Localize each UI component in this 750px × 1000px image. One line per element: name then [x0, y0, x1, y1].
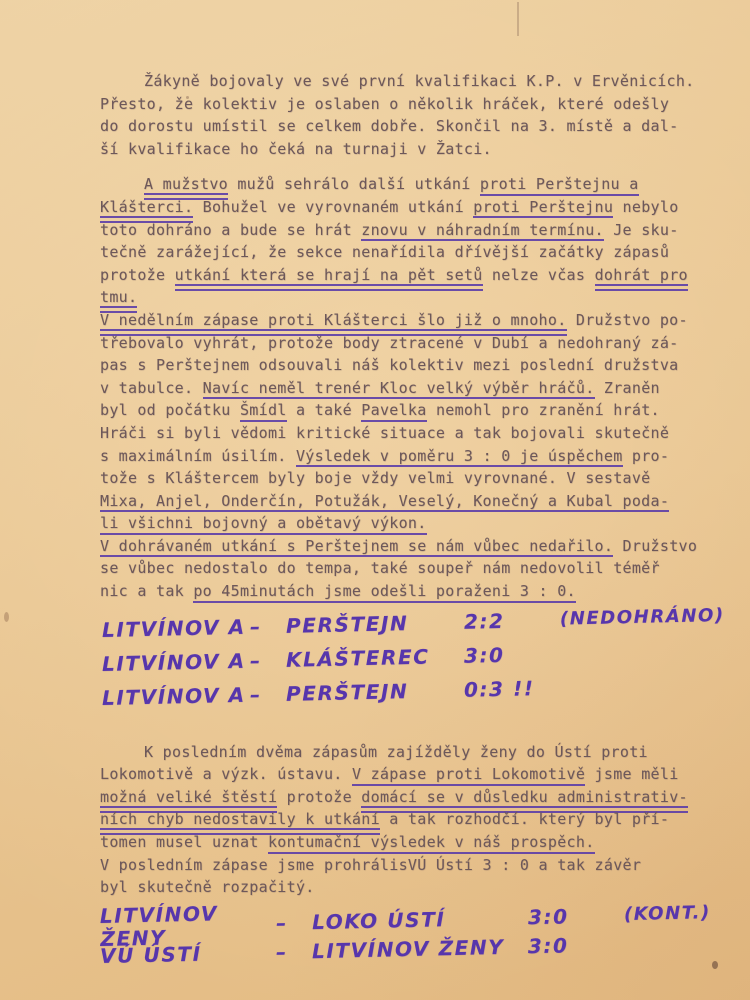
underlined-text: dohrát pro [595, 266, 688, 291]
typed-text: se vůbec nedostalo do tempa, také soupeř… [100, 559, 660, 577]
typed-line: protože utkání která se hrají na pět set… [100, 264, 700, 287]
typed-text: Družstvo [613, 537, 697, 555]
typed-text: třebovalo vyhrát, protože body ztracené … [100, 334, 679, 352]
score-note [624, 942, 700, 944]
underlined-text: Pavelka [361, 401, 426, 422]
dash-separator: – [250, 614, 287, 637]
underlined-text: utkání která se hrají na pět setů [175, 266, 483, 291]
underlined-text: V dohrávaném utkání s Perštejnem se nám … [100, 537, 613, 558]
typed-line: do dorostu umístil se celkem dobře. Skon… [100, 115, 700, 138]
typed-paragraph-sunday-match: V nedělním zápase proti Klášterci šlo ji… [100, 309, 700, 603]
away-team-name: PERŠTEJN [286, 678, 464, 705]
typed-text: protože [277, 788, 361, 806]
typed-text: K posledním dvěma zápasům zajížděly ženy… [144, 743, 648, 761]
paper-crease [517, 2, 519, 36]
typed-paragraph-women-matches: K posledním dvěma zápasům zajížděly ženy… [100, 741, 700, 899]
dash-separator: – [276, 940, 313, 963]
typed-text: byl skutečně rozpačitý. [100, 878, 315, 896]
typed-text: Zraněn [595, 379, 660, 397]
document-content: Žákyně bojovaly ve své první kvalifikaci… [100, 70, 700, 973]
scanned-document-page: Žákyně bojovaly ve své první kvalifikaci… [0, 0, 750, 1000]
typed-text: do dorostu umístil se celkem dobře. Skon… [100, 117, 679, 135]
away-team-name: PERŠTEJN [286, 610, 464, 637]
underlined-text: proti Perštejnu [473, 198, 613, 219]
handwritten-results-women: LITVÍNOV ŽENY–LOKO ÚSTÍ3:0(KONT.)VÚ ÚSTÍ… [100, 905, 700, 973]
home-team-name: LITVÍNOV A [102, 615, 250, 641]
typed-line: tomen musel uznat kontumační výsledek v … [100, 831, 700, 854]
handwritten-results-men: LITVÍNOV A–PERŠTEJN2:2(NEDOHRÁNO)LITVÍNO… [102, 613, 700, 715]
underlined-text: kontumační výsledek v náš prospěch. [268, 833, 595, 854]
typed-line: Mixa, Anjel, Onderčín, Potužák, Veselý, … [100, 490, 700, 513]
typed-text: nelze včas [483, 266, 595, 284]
typed-line: v tabulce. Navíc neměl trenér Kloc velký… [100, 377, 700, 400]
away-team-name: LITVÍNOV ŽENY [312, 935, 528, 962]
typed-text: nemohl pro zranění hrát. [427, 401, 660, 419]
typed-line: Přesto, že kolektiv je oslaben o několik… [100, 93, 700, 116]
paper-stain [186, 96, 189, 99]
paper-stain [712, 961, 718, 969]
score-note: (NEDOHRÁNO) [560, 604, 725, 630]
home-team-name: LITVÍNOV A [102, 649, 250, 675]
underlined-text: Výsledek v poměru 3 : 0 je úspěchem [296, 447, 623, 468]
typed-text: v tabulce. [100, 379, 203, 397]
typed-line: Klášterci. Bohužel ve vyrovnaném utkání … [100, 196, 700, 219]
typed-text: Družstvo po- [567, 311, 688, 329]
typed-text: nebylo [613, 198, 678, 216]
typed-text: ší kvalifikace ho čeká na turnaji v Žatc… [100, 140, 492, 158]
typed-text: nic a tak [100, 582, 193, 600]
typed-line: V posledním zápase jsme prohrálisVÚ Ústí… [100, 854, 700, 877]
underlined-text: li všichni bojovný a obětavý výkon. [100, 514, 427, 535]
typed-text: Je sku- [604, 221, 679, 239]
typed-paragraph-men-matches: A mužstvo mužů sehrálo další utkání prot… [100, 173, 700, 309]
typed-line: li všichni bojovný a obětavý výkon. [100, 512, 700, 535]
score-note: (KONT.) [624, 902, 711, 927]
score-note [560, 684, 700, 687]
score-note [560, 650, 700, 653]
typed-text: jsme měli [585, 765, 678, 783]
underlined-text: Šmídl [240, 401, 287, 422]
typed-text: tečně zarážející, že sekce nenařídila dř… [100, 243, 669, 261]
typed-text: tomen musel uznat [100, 833, 268, 851]
typed-line: V dohrávaném utkání s Perštejnem se nám … [100, 535, 700, 558]
typed-line: K posledním dvěma zápasům zajížděly ženy… [100, 741, 700, 764]
away-team-name: KLÁŠTEREC [286, 644, 464, 671]
underlined-text: proti Perštejnu a [480, 175, 639, 196]
underlined-text: po 45minutách jsme odešli poraženi 3 : 0… [193, 582, 576, 603]
typed-text: toto dohráno a bude se hrát [100, 221, 361, 239]
typed-paragraph-youth-qualification: Žákyně bojovaly ve své první kvalifikaci… [100, 70, 700, 160]
typed-text: byl od počátku [100, 401, 240, 419]
dash-separator: – [250, 682, 287, 705]
match-score: 3:0 [528, 904, 624, 929]
match-score: 3:0 [464, 642, 560, 667]
typed-text: s maximálním úsilím. [100, 447, 296, 465]
typed-line: byl od počátku Šmídl a také Pavelka nemo… [100, 399, 700, 422]
home-team-name: LITVÍNOV A [102, 683, 250, 709]
match-score: 2:2 [464, 608, 560, 633]
typed-text: Lokomotivě a výzk. ústavu. [100, 765, 352, 783]
typed-line: se vůbec nedostalo do tempa, také soupeř… [100, 557, 700, 580]
underlined-text: Mixa, Anjel, Onderčín, Potužák, Veselý, … [100, 492, 669, 513]
typed-text: tože s Kláštercem byly boje vždy velmi v… [100, 469, 651, 487]
typed-line: V nedělním zápase proti Klášterci šlo ji… [100, 309, 700, 332]
typed-line: toto dohráno a bude se hrát znovu v náhr… [100, 219, 700, 242]
typed-line: Hráči si byli vědomi kritické situace a … [100, 422, 700, 445]
typed-line: Lokomotivě a výzk. ústavu. V zápase prot… [100, 763, 700, 786]
typed-text: Žákyně bojovaly ve své první kvalifikaci… [144, 72, 695, 90]
typed-line: možná veliké štěstí protože domácí se v … [100, 786, 700, 809]
typed-text: protože [100, 266, 175, 284]
dash-separator: – [276, 911, 313, 934]
match-score: 3:0 [528, 933, 624, 958]
typed-line: Žákyně bojovaly ve své první kvalifikaci… [100, 70, 700, 93]
typed-text: pas s Perštejnem odsouvali náš kolektiv … [100, 356, 679, 374]
underlined-text: znovu v náhradním termínu. [361, 221, 604, 242]
typed-text: Hráči si byli vědomi kritické situace a … [100, 424, 669, 442]
home-team-name: VÚ ÚSTÍ [100, 941, 276, 968]
typed-line: pas s Perštejnem odsouvali náš kolektiv … [100, 354, 700, 377]
typed-text: pro- [623, 447, 670, 465]
paper-stain [4, 612, 9, 622]
typed-line: tečně zarážející, že sekce nenařídila dř… [100, 241, 700, 264]
typed-line: nic a tak po 45minutách jsme odešli pora… [100, 580, 700, 603]
underlined-text: V zápase proti Lokomotivě [352, 765, 585, 786]
typed-line: A mužstvo mužů sehrálo další utkání prot… [100, 173, 700, 196]
underlined-text: Navíc neměl trenér Kloc velký výběr hráč… [203, 379, 595, 400]
typed-line: ší kvalifikace ho čeká na turnaji v Žatc… [100, 138, 700, 161]
typed-text: a také [287, 401, 362, 419]
typed-line: třebovalo vyhrát, protože body ztracené … [100, 332, 700, 355]
typed-text: V posledním zápase jsme prohrálisVÚ Ústí… [100, 856, 641, 874]
typed-text: Bohužel ve vyrovnaném utkání [193, 198, 473, 216]
typed-text: mužů sehrálo další utkání [228, 175, 480, 193]
typed-line: tože s Kláštercem byly boje vždy velmi v… [100, 467, 700, 490]
typed-line: s maximálním úsilím. Výsledek v poměru 3… [100, 445, 700, 468]
typed-line: ních chyb nedostavily k utkání a tak roz… [100, 808, 700, 831]
typed-text: a tak rozhodčí. který byl pří- [380, 810, 669, 828]
dash-separator: – [250, 648, 287, 671]
match-score: 0:3 !! [464, 676, 560, 701]
